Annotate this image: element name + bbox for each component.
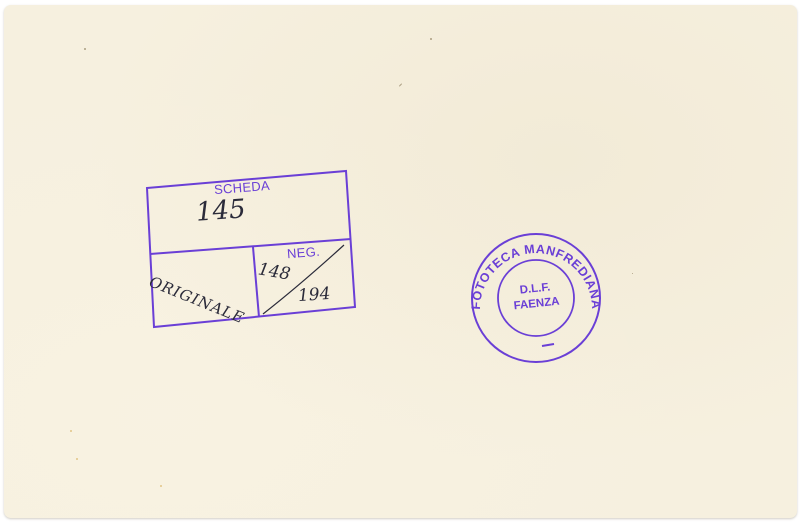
fototeca-round-stamp: FOTOTECA MANFREDIANA D.L.F. FAENZA [466,230,606,370]
paper-speck [160,485,162,487]
paper-speck [84,48,86,50]
round-stamp-inner-line-1: D.L.F. [519,281,551,296]
photo-card-back [4,5,797,518]
paper-speck [70,430,72,432]
neg-label: NEG. [286,244,320,262]
round-stamp-inner-line-2: FAENZA [513,296,560,313]
scheda-number: 145 [195,194,247,227]
paper-speck [430,38,432,40]
round-stamp-bottom-mark [542,344,554,346]
paper-speck [632,273,633,274]
scan-canvas: SCHEDA 145 ORIGINALE NEG. 148 194 FOTOTE… [0,0,800,527]
neg-number-bottom: 194 [297,284,331,306]
paper-speck [399,83,403,87]
paper-speck [76,458,78,460]
